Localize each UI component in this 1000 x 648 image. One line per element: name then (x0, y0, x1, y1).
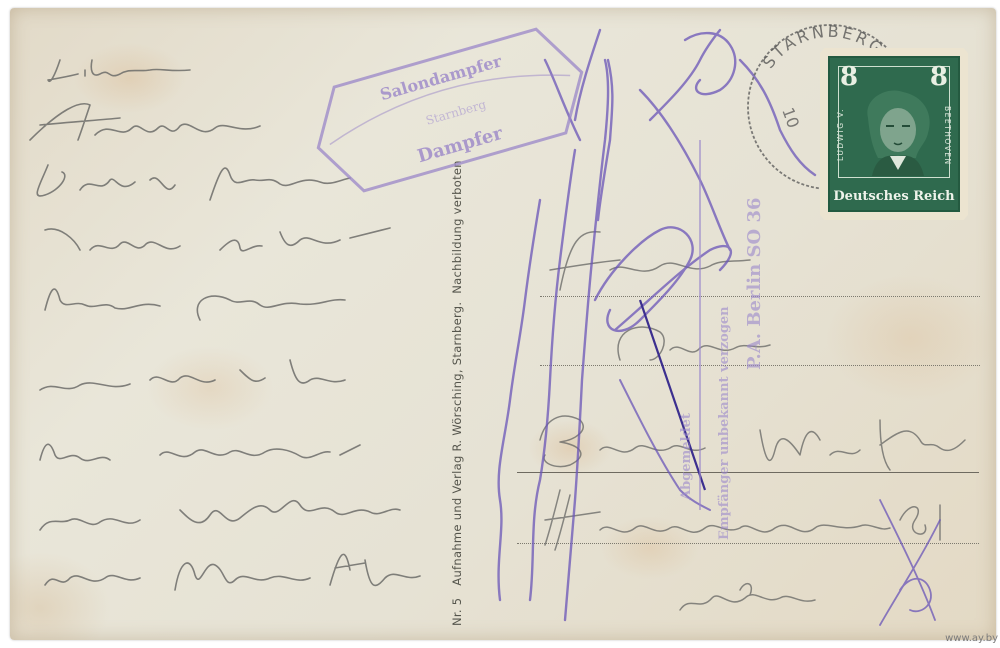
stamp-side-text: LUDWIG V. (836, 108, 845, 161)
cachet-line-2: Starnberg (424, 97, 488, 128)
address-line-3 (517, 472, 979, 473)
card-number: Nr. 5 (450, 598, 464, 626)
postmark-date: 10 (778, 105, 803, 131)
stamp-country: Deutsches Reich (830, 189, 958, 204)
watermark: www.ay.by (945, 633, 998, 644)
publisher-text: Aufnahme und Verlag R. Wörsching, Starnb… (450, 302, 464, 586)
stamp-value-left: 8 (840, 62, 858, 92)
cachet-line-3: Dampfer (415, 123, 505, 167)
copyright-notice: Nachbildung verboten (450, 160, 464, 294)
stamp-name: BEETHOVEN (943, 106, 952, 166)
postage-stamp: 8 8 LUDWIG V. BEETHOVEN Deutsches Reich (820, 48, 968, 220)
beethoven-portrait-icon (858, 88, 936, 176)
address-line-1 (540, 296, 980, 297)
address-line-4 (517, 543, 979, 544)
address-line-2 (540, 365, 980, 366)
